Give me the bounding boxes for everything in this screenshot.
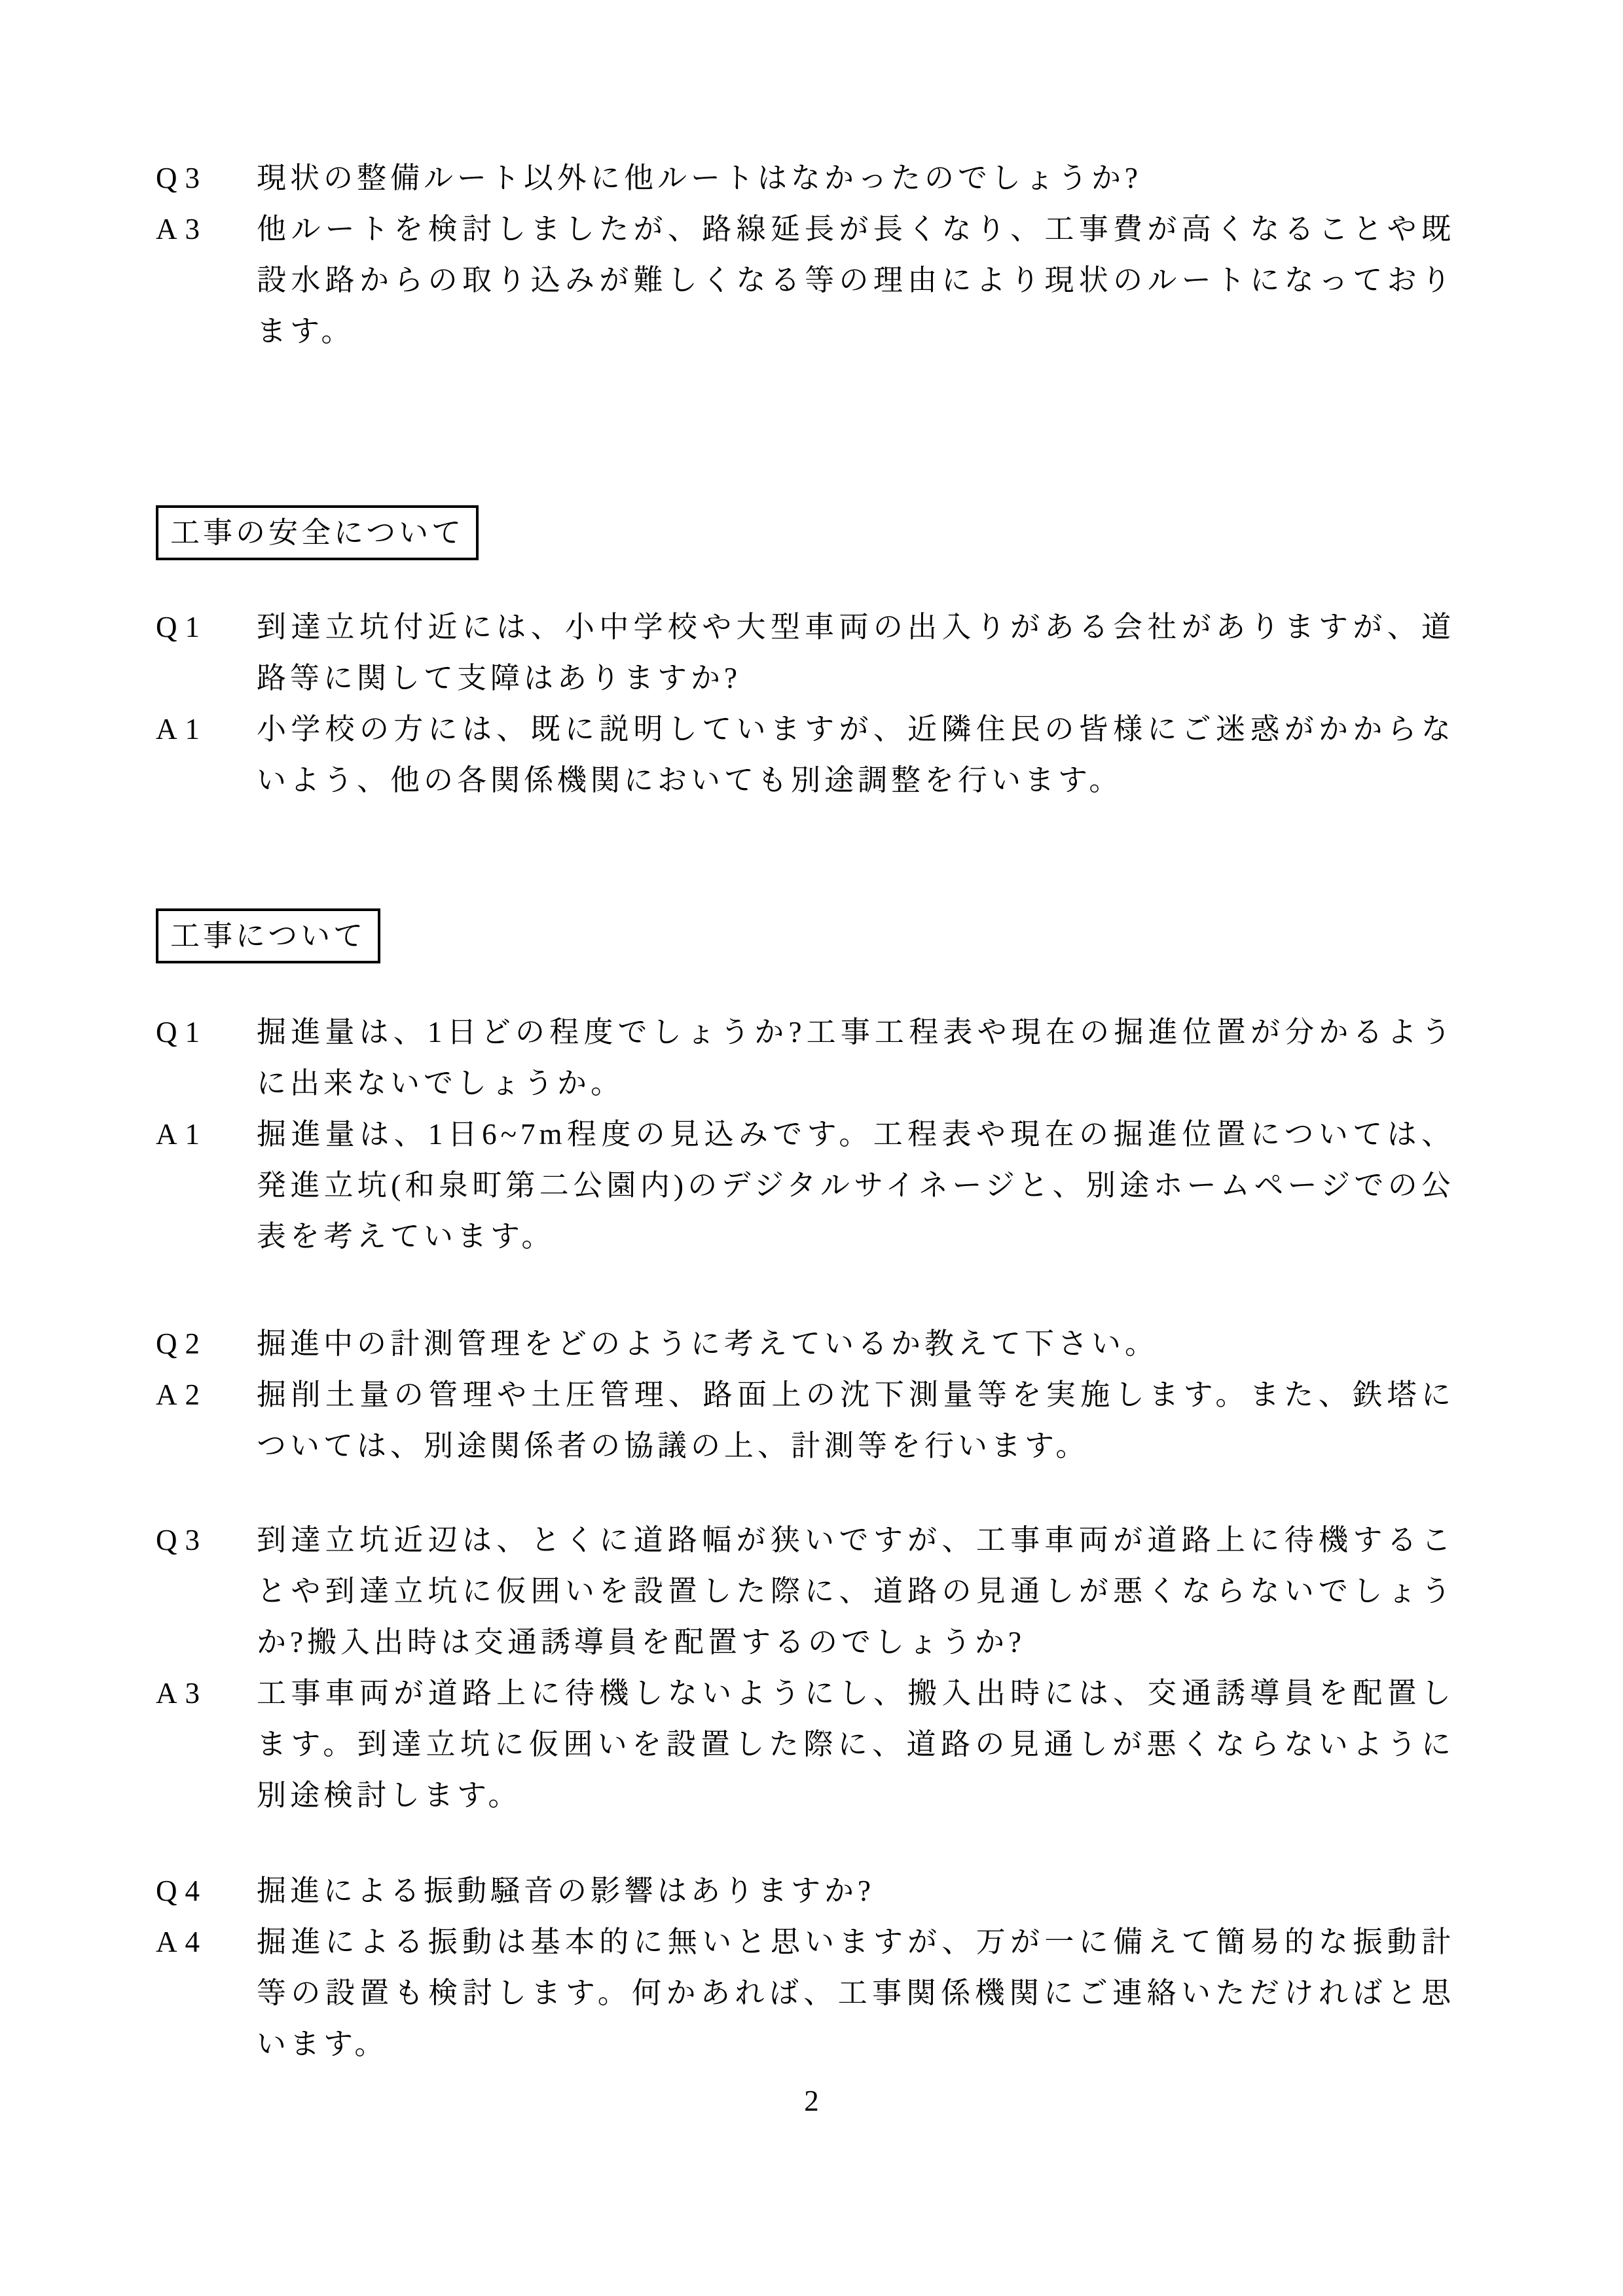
question-text: 掘進量は、1日どの程度でしょうか?工事工程表や現在の掘進位置が分かるように出来な…	[257, 1007, 1455, 1109]
answer-label: A3	[156, 1668, 257, 1719]
question-row: Q4 掘進による振動騒音の影響はありますか?	[156, 1865, 1465, 1916]
question-row: Q1 掘進量は、1日どの程度でしょうか?工事工程表や現在の掘進位置が分かるように…	[156, 1007, 1465, 1109]
answer-row: A3 他ルートを検討しましたが、路線延長が長くなり、工事費が高くなることや既設水…	[156, 204, 1465, 357]
question-label: Q1	[156, 1007, 257, 1058]
section-heading-text: 工事について	[170, 920, 366, 952]
question-label: Q4	[156, 1865, 257, 1916]
answer-text: 他ルートを検討しましたが、路線延長が長くなり、工事費が高くなることや既設水路から…	[257, 204, 1455, 357]
answer-row: A4 掘進による振動は基本的に無いと思いますが、万が一に備えて簡易的な振動計等の…	[156, 1916, 1465, 2070]
qa-block-safety-q1: Q1 到達立坑付近には、小中学校や大型車両の出入りがある会社がありますが、道路等…	[156, 601, 1465, 806]
document-page: Q3 現状の整備ルート以外に他ルートはなかったのでしょうか? A3 他ルートを検…	[0, 0, 1623, 2296]
qa-block-construction-q4: Q4 掘進による振動騒音の影響はありますか? A4 掘進による振動は基本的に無い…	[156, 1865, 1465, 2070]
answer-row: A3 工事車両が道路上に待機しないようにし、搬入出時には、交通誘導員を配置します…	[156, 1668, 1465, 1821]
answer-label: A4	[156, 1916, 257, 1967]
answer-row: A2 掘削土量の管理や土圧管理、路面上の沈下測量等を実施します。また、鉄塔につい…	[156, 1369, 1465, 1471]
question-text: 到達立坑付近には、小中学校や大型車両の出入りがある会社がありますが、道路等に関し…	[257, 601, 1455, 704]
question-label: Q1	[156, 601, 257, 653]
qa-block-construction-q2: Q2 掘進中の計測管理をどのように考えているか教えて下さい。 A2 掘削土量の管…	[156, 1318, 1465, 1471]
answer-text: 掘進量は、1日6~7m程度の見込みです。工程表や現在の掘進位置については、発進立…	[257, 1109, 1455, 1262]
qa-block-construction-q1: Q1 掘進量は、1日どの程度でしょうか?工事工程表や現在の掘進位置が分かるように…	[156, 1007, 1465, 1262]
answer-text: 小学校の方には、既に説明していますが、近隣住民の皆様にご迷惑がかからないよう、他…	[257, 704, 1455, 806]
page-number: 2	[0, 2081, 1623, 2121]
question-text: 到達立坑近辺は、とくに道路幅が狭いですが、工事車両が道路上に待機することや到達立…	[257, 1515, 1455, 1668]
question-label: Q2	[156, 1318, 257, 1369]
answer-text: 工事車両が道路上に待機しないようにし、搬入出時には、交通誘導員を配置します。到達…	[257, 1668, 1455, 1821]
question-text: 掘進による振動騒音の影響はありますか?	[257, 1865, 1455, 1916]
qa-block-construction-q3: Q3 到達立坑近辺は、とくに道路幅が狭いですが、工事車両が道路上に待機することや…	[156, 1515, 1465, 1821]
question-row: Q1 到達立坑付近には、小中学校や大型車両の出入りがある会社がありますが、道路等…	[156, 601, 1465, 704]
answer-label: A1	[156, 704, 257, 755]
section-heading-text: 工事の安全について	[170, 516, 464, 549]
section-heading-construction: 工事について	[156, 908, 380, 963]
question-row: Q2 掘進中の計測管理をどのように考えているか教えて下さい。	[156, 1318, 1465, 1369]
question-label: Q3	[156, 152, 257, 204]
qa-block-route-q3: Q3 現状の整備ルート以外に他ルートはなかったのでしょうか? A3 他ルートを検…	[156, 152, 1465, 357]
answer-row: A1 掘進量は、1日6~7m程度の見込みです。工程表や現在の掘進位置については、…	[156, 1109, 1465, 1262]
section-heading-construction-safety: 工事の安全について	[156, 505, 479, 560]
question-text: 現状の整備ルート以外に他ルートはなかったのでしょうか?	[257, 152, 1455, 204]
answer-label: A3	[156, 204, 257, 255]
question-label: Q3	[156, 1515, 257, 1566]
answer-label: A1	[156, 1109, 257, 1160]
question-row: Q3 現状の整備ルート以外に他ルートはなかったのでしょうか?	[156, 152, 1465, 204]
question-text: 掘進中の計測管理をどのように考えているか教えて下さい。	[257, 1318, 1455, 1369]
question-row: Q3 到達立坑近辺は、とくに道路幅が狭いですが、工事車両が道路上に待機することや…	[156, 1515, 1465, 1668]
answer-label: A2	[156, 1369, 257, 1420]
answer-text: 掘進による振動は基本的に無いと思いますが、万が一に備えて簡易的な振動計等の設置も…	[257, 1916, 1455, 2070]
answer-text: 掘削土量の管理や土圧管理、路面上の沈下測量等を実施します。また、鉄塔については、…	[257, 1369, 1455, 1471]
answer-row: A1 小学校の方には、既に説明していますが、近隣住民の皆様にご迷惑がかからないよ…	[156, 704, 1465, 806]
